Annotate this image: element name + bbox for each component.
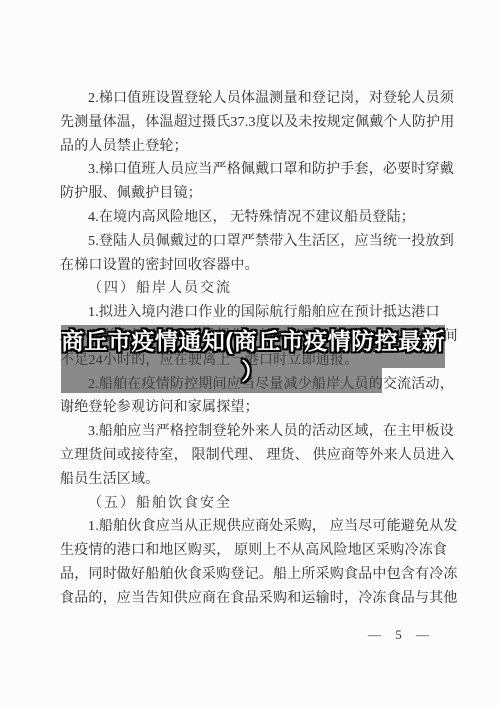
doc-line: 船员生活区域。: [60, 468, 444, 492]
doc-line: 1.船舶伙食应当从正规供应商处采购， 应当尽可能避免从发: [60, 515, 444, 539]
doc-line: 3.船舶应当严格控制登轮外来人员的活动区域，在主甲板设: [60, 420, 444, 444]
doc-line: 品的人员禁止登轮；: [60, 135, 444, 159]
section-heading: （四）船岸人员交流: [60, 277, 444, 301]
doc-line: 在梯口设置的密封回收容器中。: [60, 254, 444, 278]
page-number: — 5 —: [364, 627, 434, 643]
banner-title-line2: ）: [241, 356, 265, 386]
doc-line: 立理货间或接待室， 限制代理、 理货、 供应商等外来人员进入: [60, 444, 444, 468]
doc-line: 5.登陆人员佩戴过的口罩严禁带入生活区，应当统一投放到: [60, 230, 444, 254]
doc-line: 1.拟进入境内港口作业的国际航行船舶应在预计抵达港口: [60, 301, 444, 325]
doc-line: 防护服、佩戴护目镜；: [60, 182, 444, 206]
doc-line: 品，同时做好船舶伙食采购登记。船上所采购食品中包含有冷冻: [60, 563, 444, 587]
doc-line: 食品的，应当告知供应商在食品采购和运输时，冷冻食品与其他: [60, 587, 444, 611]
section-heading: （五）船舶饮食安全: [60, 492, 444, 516]
doc-line: 3.梯口值班人员应当严格佩戴口罩和防护手套，必要时穿戴: [60, 158, 444, 182]
document-page: 2.梯口值班设置登轮人员体温测量和登记岗，对登轮人员须 先测量体温，体温超过摄氏…: [0, 0, 500, 706]
doc-line: 谢绝登轮参观访问和家属探望；: [60, 396, 444, 420]
doc-line: 4.在境内高风险地区， 无特殊情况不建议船员登陆；: [60, 206, 444, 230]
doc-line: 2.梯口值班设置登轮人员体温测量和登记岗，对登轮人员须: [60, 87, 444, 111]
doc-line: 生疫情的港口和地区购买， 原则上不从高风险地区采购冷冻食: [60, 539, 444, 563]
banner-title-line1: 商丘市疫情通知(商丘市疫情防控最新: [61, 326, 445, 356]
doc-line: 先测量体温，体温超过摄氏37.3度以及未按规定佩戴个人防护用: [60, 111, 444, 135]
